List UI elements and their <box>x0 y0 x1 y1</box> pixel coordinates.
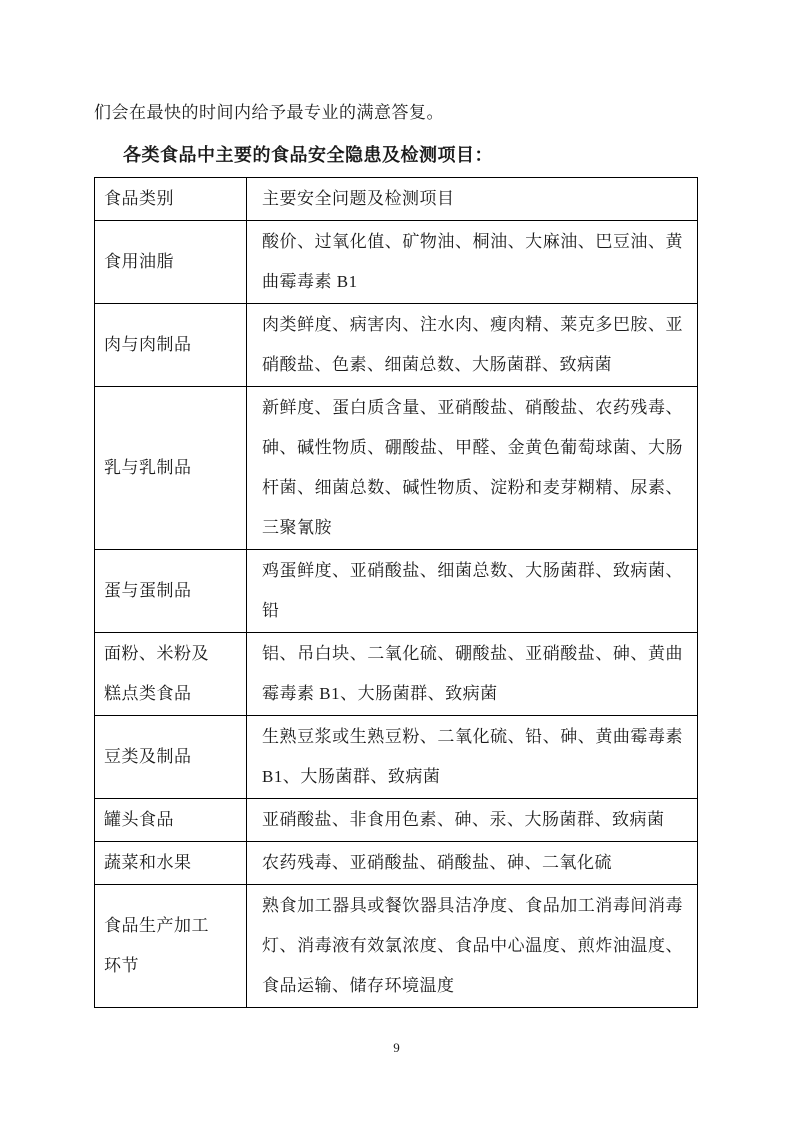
items-cell: 熟食加工器具或餐饮器具洁净度、食品加工消毒间消毒灯、消毒液有效氯浓度、食品中心温… <box>247 885 698 1008</box>
document-page: 们会在最快的时间内给予最专业的满意答复。 各类食品中主要的食品安全隐患及检测项目… <box>94 0 698 1122</box>
food-safety-table: 食品类别 主要安全问题及检测项目 食用油脂酸价、过氧化值、矿物油、桐油、大麻油、… <box>94 177 698 1008</box>
intro-paragraph: 们会在最快的时间内给予最专业的满意答复。 <box>94 0 698 124</box>
table-row: 食品生产加工环节熟食加工器具或餐饮器具洁净度、食品加工消毒间消毒灯、消毒液有效氯… <box>95 885 698 1008</box>
category-cell: 罐头食品 <box>95 799 247 842</box>
page-number: 9 <box>0 1040 793 1056</box>
table-row: 豆类及制品生熟豆浆或生熟豆粉、二氧化硫、铅、砷、黄曲霉毒素 B1、大肠菌群、致病… <box>95 716 698 799</box>
category-cell: 蛋与蛋制品 <box>95 550 247 633</box>
section-heading: 各类食品中主要的食品安全隐患及检测项目： <box>123 143 698 167</box>
category-cell: 食用油脂 <box>95 221 247 304</box>
table-row: 蔬菜和水果农药残毒、亚硝酸盐、硝酸盐、砷、二氧化硫 <box>95 842 698 885</box>
items-cell: 新鲜度、蛋白质含量、亚硝酸盐、硝酸盐、农药残毒、砷、碱性物质、硼酸盐、甲醛、金黄… <box>247 387 698 550</box>
table-header-row: 食品类别 主要安全问题及检测项目 <box>95 178 698 221</box>
column-header-items: 主要安全问题及检测项目 <box>247 178 698 221</box>
items-cell: 农药残毒、亚硝酸盐、硝酸盐、砷、二氧化硫 <box>247 842 698 885</box>
items-cell: 亚硝酸盐、非食用色素、砷、汞、大肠菌群、致病菌 <box>247 799 698 842</box>
table-body: 食用油脂酸价、过氧化值、矿物油、桐油、大麻油、巴豆油、黄曲霉毒素 B1肉与肉制品… <box>95 221 698 1008</box>
table-row: 面粉、米粉及糕点类食品铝、吊白块、二氧化硫、硼酸盐、亚硝酸盐、砷、黄曲霉毒素 B… <box>95 633 698 716</box>
category-cell: 肉与肉制品 <box>95 304 247 387</box>
items-cell: 鸡蛋鲜度、亚硝酸盐、细菌总数、大肠菌群、致病菌、铅 <box>247 550 698 633</box>
column-header-category: 食品类别 <box>95 178 247 221</box>
category-cell: 蔬菜和水果 <box>95 842 247 885</box>
items-cell: 铝、吊白块、二氧化硫、硼酸盐、亚硝酸盐、砷、黄曲霉毒素 B1、大肠菌群、致病菌 <box>247 633 698 716</box>
items-cell: 生熟豆浆或生熟豆粉、二氧化硫、铅、砷、黄曲霉毒素 B1、大肠菌群、致病菌 <box>247 716 698 799</box>
category-cell: 豆类及制品 <box>95 716 247 799</box>
table-row: 食用油脂酸价、过氧化值、矿物油、桐油、大麻油、巴豆油、黄曲霉毒素 B1 <box>95 221 698 304</box>
category-cell: 乳与乳制品 <box>95 387 247 550</box>
table-row: 乳与乳制品新鲜度、蛋白质含量、亚硝酸盐、硝酸盐、农药残毒、砷、碱性物质、硼酸盐、… <box>95 387 698 550</box>
items-cell: 肉类鲜度、病害肉、注水肉、瘦肉精、莱克多巴胺、亚硝酸盐、色素、细菌总数、大肠菌群… <box>247 304 698 387</box>
table-row: 蛋与蛋制品鸡蛋鲜度、亚硝酸盐、细菌总数、大肠菌群、致病菌、铅 <box>95 550 698 633</box>
table-row: 肉与肉制品肉类鲜度、病害肉、注水肉、瘦肉精、莱克多巴胺、亚硝酸盐、色素、细菌总数… <box>95 304 698 387</box>
category-cell: 面粉、米粉及糕点类食品 <box>95 633 247 716</box>
category-cell: 食品生产加工环节 <box>95 885 247 1008</box>
items-cell: 酸价、过氧化值、矿物油、桐油、大麻油、巴豆油、黄曲霉毒素 B1 <box>247 221 698 304</box>
table-row: 罐头食品亚硝酸盐、非食用色素、砷、汞、大肠菌群、致病菌 <box>95 799 698 842</box>
